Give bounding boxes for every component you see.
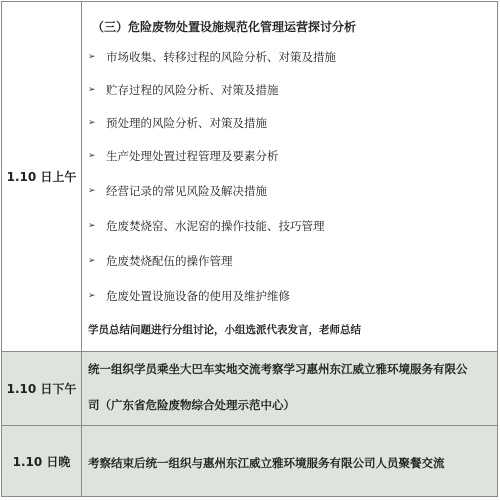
arrow-bullet-icon: ➢ — [88, 221, 106, 231]
summary-text: 学员总结问题进行分组讨论，小组选派代表发言，老师总结 — [88, 322, 361, 337]
time-cell: 1.10 日上午 — [2, 2, 82, 351]
content-cell: （三）危险废物处置设施规范化管理运营探讨分析 ➢市场收集、转移过程的风险分析、对… — [82, 2, 497, 351]
arrow-bullet-icon: ➢ — [88, 256, 106, 266]
schedule-table: 1.10 日上午 （三）危险废物处置设施规范化管理运营探讨分析 ➢市场收集、转移… — [1, 1, 498, 497]
list-item: ➢生产处理处置过程管理及要素分析 — [88, 148, 279, 164]
table-row-afternoon: 1.10 日下午 统一组织学员乘坐大巴车实地交流考察学习惠州东江威立雅环境服务有… — [2, 352, 497, 426]
list-item-text: 危废焚烧窑、水泥窑的操作技能、技巧管理 — [106, 218, 325, 234]
list-item-text: 贮存过程的风险分析、对策及措施 — [106, 82, 279, 98]
list-item: ➢贮存过程的风险分析、对策及措施 — [88, 82, 279, 98]
list-item: ➢预处理的风险分析、对策及措施 — [88, 115, 267, 131]
content-cell: 考察结束后统一组织与惠州东江威立雅环境服务有限公司人员聚餐交流 — [82, 426, 497, 496]
time-label: 1.10 日晚 — [13, 453, 71, 470]
content-line: 司（广东省危险废物综合处理示范中心） — [88, 397, 295, 413]
list-item: ➢经营记录的常见风险及解决措施 — [88, 183, 267, 199]
table-row-morning: 1.10 日上午 （三）危险废物处置设施规范化管理运营探讨分析 ➢市场收集、转移… — [2, 2, 497, 352]
list-item: ➢危废焚烧窑、水泥窑的操作技能、技巧管理 — [88, 218, 325, 234]
table-row-evening: 1.10 日晚 考察结束后统一组织与惠州东江威立雅环境服务有限公司人员聚餐交流 — [2, 426, 497, 496]
arrow-bullet-icon: ➢ — [88, 151, 106, 161]
arrow-bullet-icon: ➢ — [88, 291, 106, 301]
list-item-text: 生产处理处置过程管理及要素分析 — [106, 148, 279, 164]
content-line: 考察结束后统一组织与惠州东江威立雅环境服务有限公司人员聚餐交流 — [88, 455, 445, 471]
list-item-text: 危废焚烧配伍的操作管理 — [106, 253, 233, 269]
content-cell: 统一组织学员乘坐大巴车实地交流考察学习惠州东江威立雅环境服务有限公 司（广东省危… — [82, 352, 497, 425]
content-line: 统一组织学员乘坐大巴车实地交流考察学习惠州东江威立雅环境服务有限公 — [88, 361, 468, 377]
time-label: 1.10 日上午 — [7, 168, 77, 185]
time-cell: 1.10 日晚 — [2, 426, 82, 496]
list-item-text: 危废处置设施设备的使用及维护维修 — [106, 288, 290, 304]
arrow-bullet-icon: ➢ — [88, 186, 106, 196]
list-item: ➢危废处置设施设备的使用及维护维修 — [88, 288, 290, 304]
time-label: 1.10 日下午 — [7, 380, 77, 397]
arrow-bullet-icon: ➢ — [88, 118, 106, 128]
list-item-text: 市场收集、转移过程的风险分析、对策及措施 — [106, 49, 336, 65]
list-item-text: 预处理的风险分析、对策及措施 — [106, 115, 267, 131]
time-cell: 1.10 日下午 — [2, 352, 82, 425]
arrow-bullet-icon: ➢ — [88, 52, 106, 62]
section-heading: （三）危险废物处置设施规范化管理运营探讨分析 — [92, 18, 356, 35]
list-item: ➢市场收集、转移过程的风险分析、对策及措施 — [88, 49, 336, 65]
list-item-text: 经营记录的常见风险及解决措施 — [106, 183, 267, 199]
arrow-bullet-icon: ➢ — [88, 85, 106, 95]
list-item: ➢危废焚烧配伍的操作管理 — [88, 253, 233, 269]
